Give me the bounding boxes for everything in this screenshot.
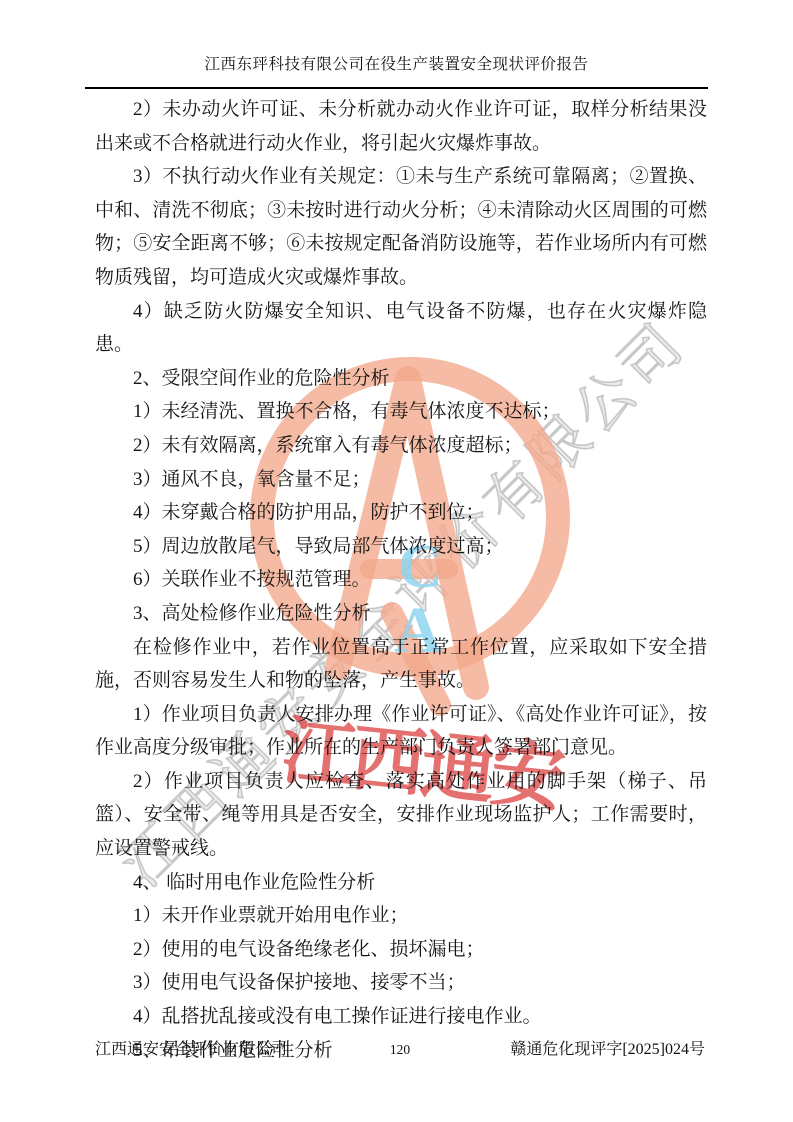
footer-doc-number: 赣通危化现评字[2025]024号: [410, 1036, 705, 1059]
page-header: 江西东玶科技有限公司在役生产装置安全现状评价报告: [85, 52, 708, 83]
section-heading: 4、 临时用电作业危险性分析: [95, 866, 707, 900]
footer-company: 江西通安安全评价有限公司: [95, 1036, 390, 1059]
list-item: 2）未有效隔离，系统窜入有毒气体浓度超标；: [95, 429, 707, 463]
section-heading: 2、受限空间作业的危险性分析: [95, 362, 707, 396]
list-item: 5）周边放散尾气，导致局部气体浓度过高；: [95, 530, 707, 564]
list-item: 4）未穿戴合格的防护用品，防护不到位；: [95, 496, 707, 530]
page-footer: 江西通安安全评价有限公司 120 赣通危化现评字[2025]024号: [95, 1036, 705, 1059]
page-number: 120: [390, 1042, 410, 1058]
report-title: 江西东玶科技有限公司在役生产装置安全现状评价报告: [85, 52, 708, 83]
list-item: 2）作业项目负责人应检查、落实高处作业用的脚手架（梯子、吊篮）、安全带、绳等用具…: [95, 765, 707, 866]
paragraph: 在检修作业中，若作业位置高于正常工作位置，应采取如下安全措施，否则容易发生人和物…: [95, 631, 707, 698]
list-item: 1）未经清洗、置换不合格，有毒气体浓度不达标；: [95, 395, 707, 429]
paragraph: 2）未办动火许可证、未分析就办动火作业许可证，取样分析结果没出来或不合格就进行动…: [95, 93, 707, 160]
paragraph: 3）不执行动火作业有关规定：①未与生产系统可靠隔离；②置换、中和、清洗不彻底；③…: [95, 160, 707, 294]
header-divider: [85, 87, 708, 89]
list-item: 1）未开作业票就开始用电作业；: [95, 899, 707, 933]
paragraph: 4）缺乏防火防爆安全知识、电气设备不防爆，也存在火灾爆炸隐患。: [95, 295, 707, 362]
list-item: 2）使用的电气设备绝缘老化、损坏漏电；: [95, 933, 707, 967]
list-item: 3）使用电气设备保护接地、接零不当；: [95, 966, 707, 1000]
list-item: 4）乱搭扰乱接或没有电工操作证进行接电作业。: [95, 1000, 707, 1034]
list-item: 3）通风不良，氧含量不足；: [95, 463, 707, 497]
list-item: 6）关联作业不按规范管理。: [95, 563, 707, 597]
report-body: 2）未办动火许可证、未分析就办动火作业许可证，取样分析结果没出来或不合格就进行动…: [95, 93, 707, 1067]
section-heading: 3、高处检修作业危险性分析: [95, 597, 707, 631]
list-item: 1）作业项目负责人安排办理《作业许可证》、《高处作业许可证》，按作业高度分级审批…: [95, 698, 707, 765]
document-page: 江西通安安全评价有限公司 C A 江西通安 江西东玶科技有限公司在役生产装置安全…: [0, 0, 793, 1122]
